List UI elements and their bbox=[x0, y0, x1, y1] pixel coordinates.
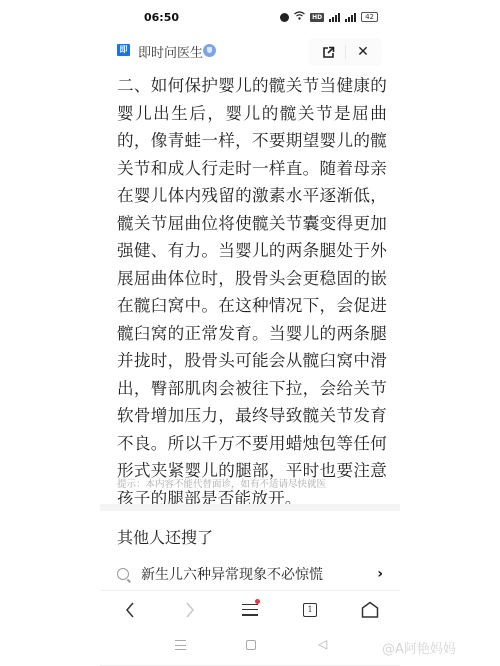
related-searches-title: 其他人还搜了 bbox=[117, 525, 213, 548]
header-actions: ✕ bbox=[309, 38, 382, 66]
chevron-left-icon bbox=[125, 602, 135, 618]
signal-icon bbox=[345, 13, 356, 22]
status-bar: 06:50 HD 42 bbox=[100, 0, 400, 32]
battery-icon: 42 bbox=[361, 12, 378, 22]
app-name: 即时问医生 bbox=[138, 42, 203, 61]
system-home-button[interactable] bbox=[246, 640, 256, 650]
header-divider bbox=[345, 45, 346, 59]
section-separator bbox=[100, 504, 400, 511]
hd-icon: HD bbox=[310, 13, 324, 22]
status-time: 06:50 bbox=[144, 11, 179, 24]
related-search-text: 新生儿六种异常现象不必惊慌 bbox=[141, 564, 377, 584]
home-icon bbox=[361, 601, 379, 619]
signal-icon bbox=[329, 13, 340, 22]
alarm-icon bbox=[280, 13, 289, 22]
related-search-item[interactable]: 新生儿六种异常现象不必惊慌 › bbox=[117, 561, 383, 587]
close-button[interactable]: ✕ bbox=[350, 39, 376, 65]
tabs-button[interactable]: 1 bbox=[290, 593, 330, 627]
back-button[interactable] bbox=[110, 593, 150, 627]
chevron-right-icon bbox=[185, 602, 195, 618]
system-back-button[interactable]: ◁ bbox=[318, 637, 327, 651]
app-header: 即 即时问医生 ✕ bbox=[100, 34, 400, 68]
wifi-icon bbox=[294, 11, 305, 23]
system-navigation-bar: ◁ bbox=[100, 628, 400, 666]
tab-count-icon: 1 bbox=[303, 603, 317, 617]
status-icons: HD 42 bbox=[280, 11, 378, 23]
system-recents-button[interactable] bbox=[175, 640, 186, 650]
browser-toolbar: 1 bbox=[100, 590, 400, 628]
menu-button[interactable] bbox=[230, 593, 270, 627]
share-icon bbox=[322, 46, 335, 59]
share-button[interactable] bbox=[315, 39, 341, 65]
phone-screen: 06:50 HD 42 即 即时问医生 ✕ 二、如何保护婴儿的髋关节当健康的婴儿… bbox=[100, 0, 400, 666]
home-button[interactable] bbox=[350, 593, 390, 627]
app-logo: 即 bbox=[117, 44, 130, 56]
watermark: @A阿艳妈妈 bbox=[382, 638, 456, 657]
chevron-right-icon: › bbox=[377, 566, 383, 582]
search-icon bbox=[117, 568, 129, 580]
disclaimer-tip: 提示：本内容不能代替面诊，如有不适请尽快就医 bbox=[117, 476, 326, 490]
verified-shield-icon bbox=[203, 44, 216, 57]
article-body: 二、如何保护婴儿的髋关节当健康的婴儿出生后，婴儿的髋关节是屈曲的，像青蛙一样，不… bbox=[117, 72, 387, 512]
notification-dot bbox=[255, 599, 260, 604]
close-icon: ✕ bbox=[357, 44, 369, 60]
menu-icon bbox=[242, 604, 258, 616]
forward-button[interactable] bbox=[170, 593, 210, 627]
